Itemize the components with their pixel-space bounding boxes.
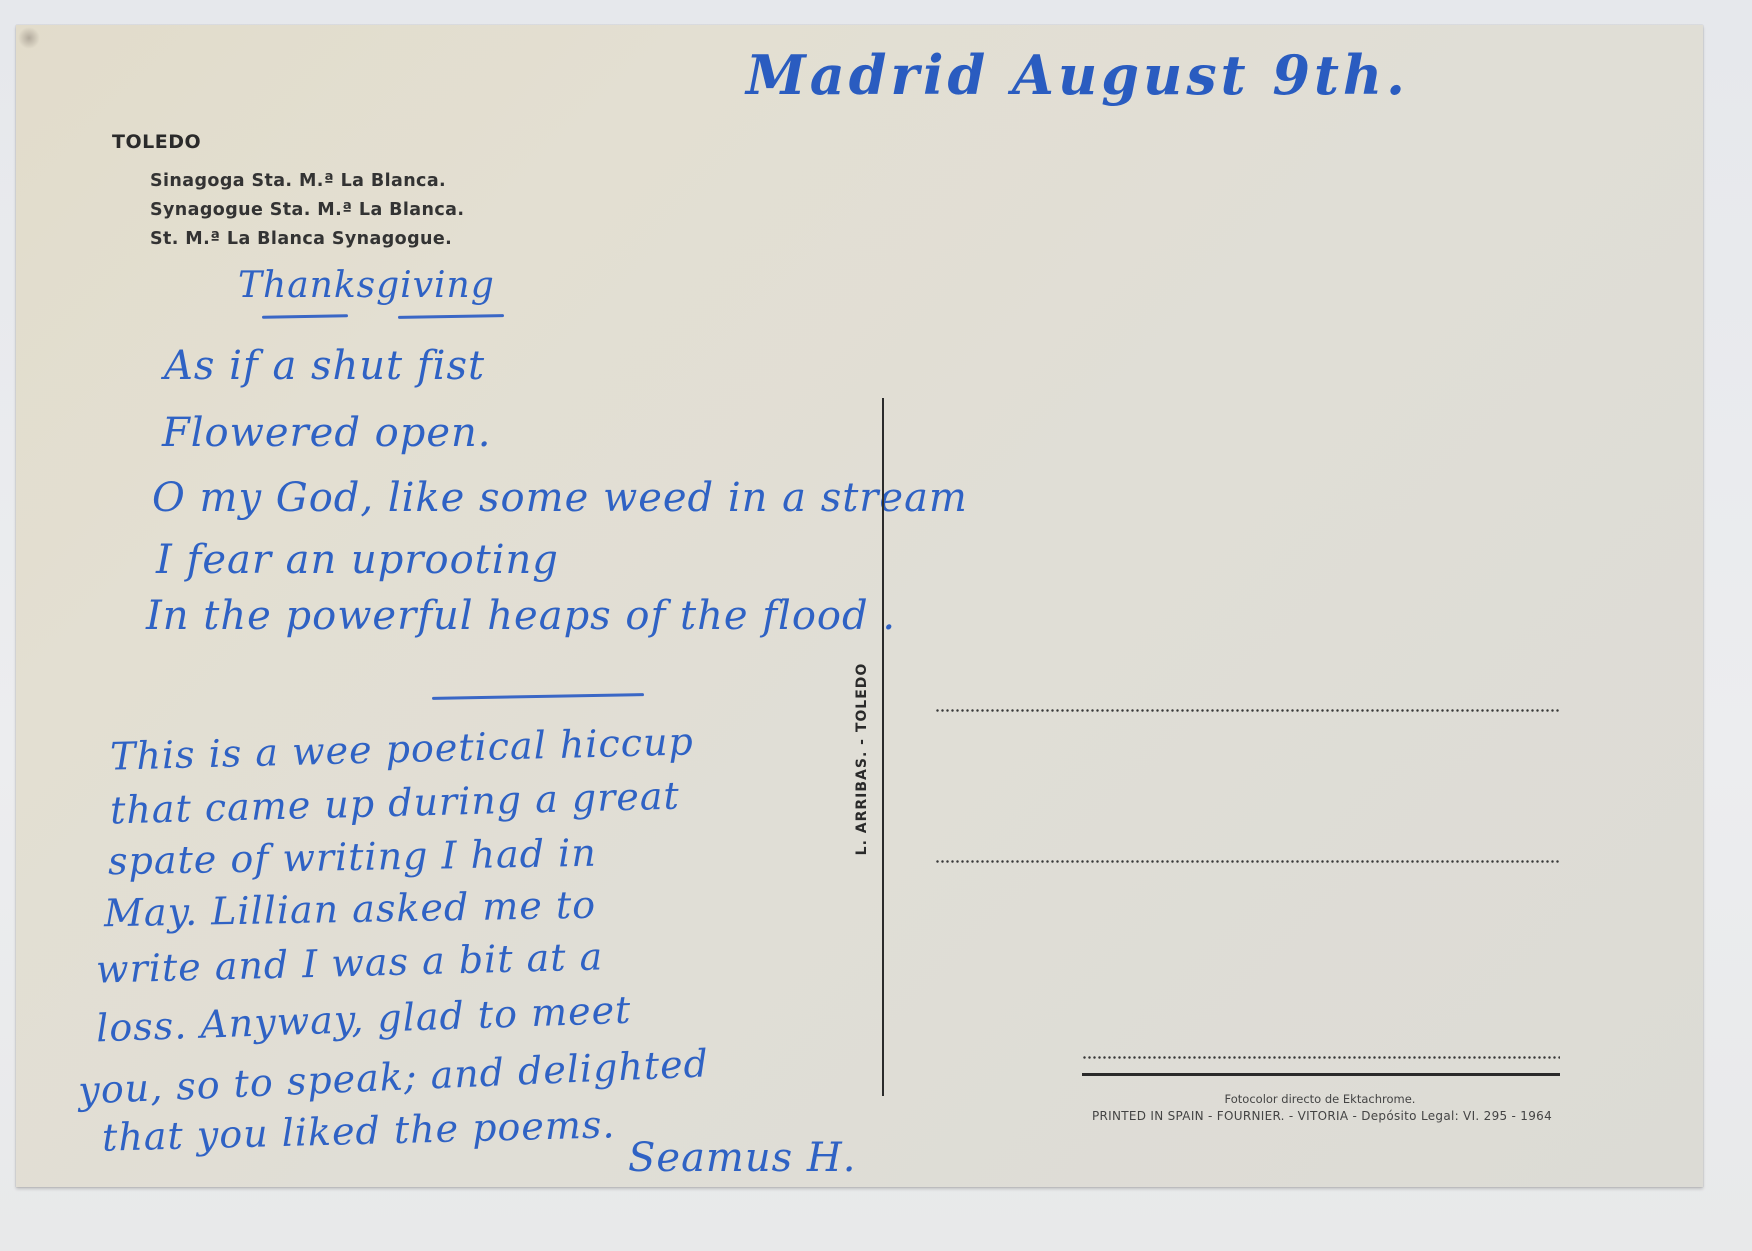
postcard: TOLEDO Sinagoga Sta. M.ª La Blanca. Syna… xyxy=(16,25,1703,1187)
poem-line: As if a shut fist xyxy=(164,343,485,389)
poem-title-underline-right xyxy=(398,314,504,319)
address-line-3 xyxy=(1082,1056,1560,1059)
handwritten-dateline: Madrid August 9th. xyxy=(746,43,1409,107)
poem-title: Thanksgiving xyxy=(238,265,495,306)
poem-line: I fear an uprooting xyxy=(156,537,559,583)
printer-note: Fotocolor directo de Ektachrome. xyxy=(1080,1092,1560,1106)
section-separator-stroke xyxy=(432,693,644,700)
printed-caption-spanish: Sinagoga Sta. M.ª La Blanca. xyxy=(150,171,446,191)
poem-line: O my God, like some weed in a stream xyxy=(152,475,968,521)
corner-smudge xyxy=(18,27,40,49)
poem-title-underline-left xyxy=(262,314,348,319)
address-solid-rule xyxy=(1082,1073,1560,1076)
printed-city-title: TOLEDO xyxy=(112,131,201,153)
printed-caption-english: St. M.ª La Blanca Synagogue. xyxy=(150,229,452,249)
note-line: spate of writing I had in xyxy=(108,831,597,884)
note-line: May. Lillian asked me to xyxy=(104,883,597,936)
printer-imprint: PRINTED IN SPAIN - FOURNIER. - VITORIA -… xyxy=(1062,1109,1582,1123)
note-line: This is a wee poetical hiccup xyxy=(110,719,695,778)
note-line: you, so to speak; and delighted xyxy=(77,1041,709,1112)
signature: Seamus H. xyxy=(628,1135,856,1181)
address-divider-line xyxy=(882,398,884,1096)
poem-line: In the powerful heaps of the flood . xyxy=(146,593,896,639)
publisher-credit-text: L. ARRIBAS. - TOLEDO xyxy=(854,663,870,856)
note-line: that you liked the poems. xyxy=(102,1102,616,1159)
note-line: that came up during a great xyxy=(110,774,681,833)
address-line-2 xyxy=(935,860,1560,863)
note-line: write and I was a bit at a xyxy=(96,934,604,991)
printed-caption-french: Synagogue Sta. M.ª La Blanca. xyxy=(150,200,464,220)
address-line-1 xyxy=(935,709,1560,712)
note-line: loss. Anyway, glad to meet xyxy=(95,988,632,1051)
poem-line: Flowered open. xyxy=(162,410,492,456)
